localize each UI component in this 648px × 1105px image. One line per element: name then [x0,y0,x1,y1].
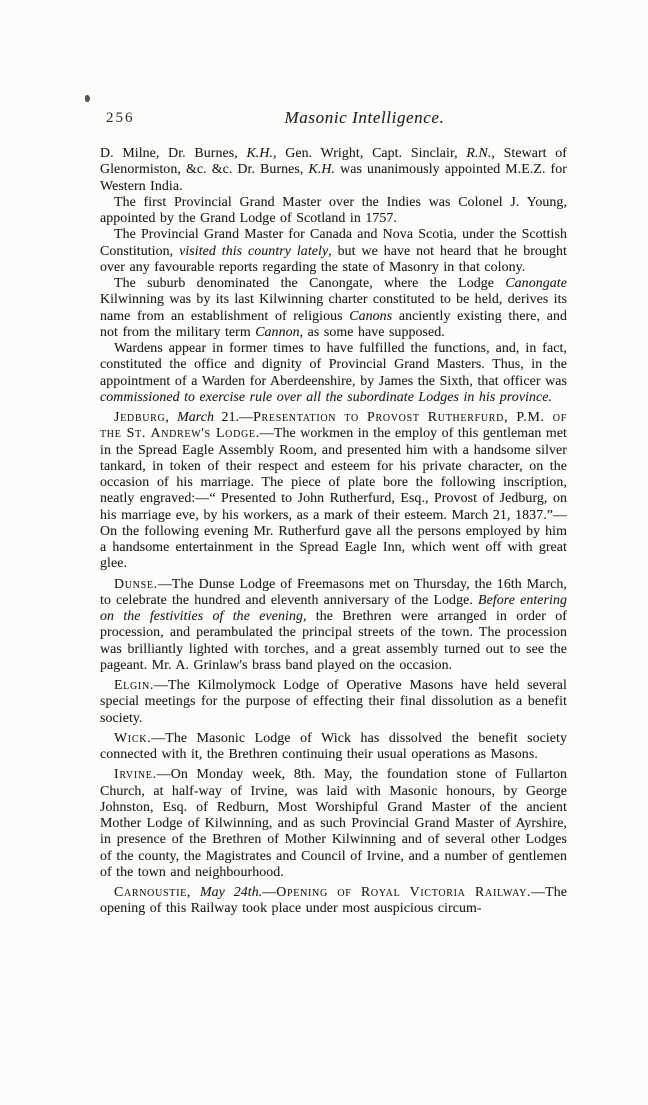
paragraph: D. Milne, Dr. Burnes, K.H., Gen. Wright,… [100,146,567,195]
text-segment: Jedburg, [114,410,170,425]
text-segment: —The workmen in the employ of this gentl… [100,426,567,571]
paragraph: Wardens appear in former times to have f… [100,341,567,406]
paragraph: Dunse.—The Dunse Lodge of Freemasons met… [100,577,567,675]
text-segment: Canongate [505,276,567,291]
text-segment: visited this country lately [179,244,328,259]
text-segment: Cannon [255,325,299,340]
paragraph: Elgin.—The Kilmolymock Lodge of Operativ… [100,678,567,727]
text-segment: —The Masonic Lodge of Wick has dissolved… [100,731,567,762]
text-segment: , as some have supposed. [300,325,445,340]
text-segment: Canons [349,309,392,324]
text-segment: Irvine. [114,767,157,782]
running-title: Masonic Intelligence. [100,108,567,128]
text-segment: D. Milne, Dr. Burnes, [100,146,246,161]
scan-artifact [85,95,90,102]
text-segment: Wick. [114,731,151,746]
text-segment [191,885,200,900]
page-body: D. Milne, Dr. Burnes, K.H., Gen. Wright,… [100,146,567,918]
text-segment: K.H. [309,162,336,177]
text-segment: The first Provincial Grand Master over t… [100,195,567,226]
text-segment: May 24th. [200,885,262,900]
scanned-page: 256 Masonic Intelligence. D. Milne, Dr. … [0,0,648,1105]
text-segment: R.N. [466,146,491,161]
text-segment: The suburb denominated the Canongate, wh… [114,276,505,291]
text-segment: 21.— [214,410,253,425]
paragraph: Carnoustie, May 24th.—Opening of Royal V… [100,885,567,918]
text-segment: Carnoustie, [114,885,191,900]
paragraph: The first Provincial Grand Master over t… [100,195,567,228]
paragraph: The suburb denominated the Canongate, wh… [100,276,567,341]
paragraph: Irvine.—On Monday week, 8th. May, the fo… [100,767,567,881]
text-segment: Dunse. [114,577,158,592]
text-segment [170,410,178,425]
text-segment: March [177,410,214,425]
text-segment: Opening of Royal Victoria Railway. [276,885,531,900]
text-segment: Elgin. [114,678,154,693]
paragraph: Jedburg, March 21.—Presentation to Provo… [100,410,567,573]
page-number: 256 [106,110,135,127]
running-head: 256 Masonic Intelligence. [100,108,567,134]
text-segment: —On Monday week, 8th. May, the foundatio… [100,767,567,880]
text-segment: Wardens appear in former times to have f… [100,341,567,389]
paragraph: The Provincial Grand Master for Canada a… [100,227,567,276]
text-segment: K.H. [246,146,273,161]
paragraph: Wick.—The Masonic Lodge of Wick has diss… [100,731,567,764]
text-segment: , Gen. Wright, Capt. Sinclair, [273,146,466,161]
text-segment: commissioned to exercise rule over all t… [100,390,552,405]
text-segment: —The Kilmolymock Lodge of Operative Maso… [100,678,567,726]
text-segment: — [262,885,276,900]
